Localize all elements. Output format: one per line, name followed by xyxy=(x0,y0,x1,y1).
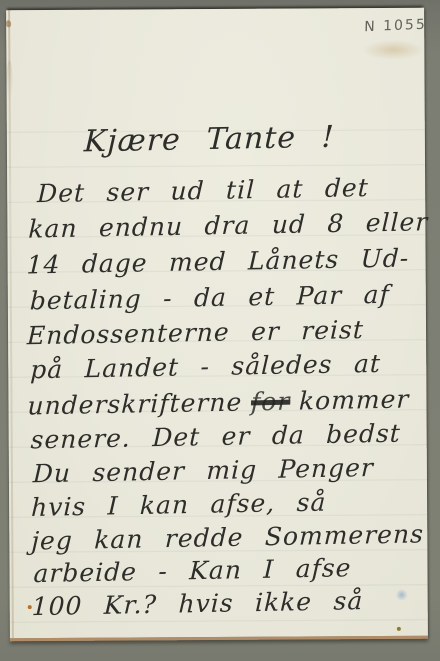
photograph-of-letter: N 1055 Kjære Tante ! Det ser ud til at d… xyxy=(0,0,440,661)
left-fold-crease xyxy=(8,10,14,638)
letter-greeting: Kjære Tante ! xyxy=(83,121,335,159)
blue-stain xyxy=(396,589,408,601)
scribbled-out-word: for xyxy=(251,387,291,417)
letter-line: 14 dage med Lånets Ud- xyxy=(26,244,409,279)
letter-line: underskrifterneforkommer xyxy=(27,385,410,420)
letter-line: betaling - da et Par af xyxy=(29,281,390,315)
olive-speck xyxy=(397,627,401,631)
letter-line: jeg kan redde Sommerens xyxy=(31,520,425,555)
letter-line-text: underskrifterne xyxy=(27,388,243,421)
letter-line-text: kommer xyxy=(299,384,410,415)
letter-paper: N 1055 Kjære Tante ! Det ser ud til at d… xyxy=(6,8,428,642)
tan-stain xyxy=(362,40,424,60)
letter-line: Endossenterne er reist xyxy=(27,316,365,350)
letter-line: kan endnu dra ud 8 eller xyxy=(28,208,429,243)
letter-line: Du sender mig Penger xyxy=(32,454,374,488)
letter-line: Det ser ud til at det xyxy=(37,174,370,208)
letter-line: på Landet - således at xyxy=(30,350,382,384)
letter-line: senere. Det er da bedst xyxy=(30,420,401,454)
archive-number: N 1055 xyxy=(364,17,427,36)
letter-line: hvis I kan afse, så xyxy=(31,489,327,522)
letter-line: 100 Kr.? hvis ikke så xyxy=(31,587,363,621)
letter-line: arbeide - Kan I afse xyxy=(33,554,352,587)
